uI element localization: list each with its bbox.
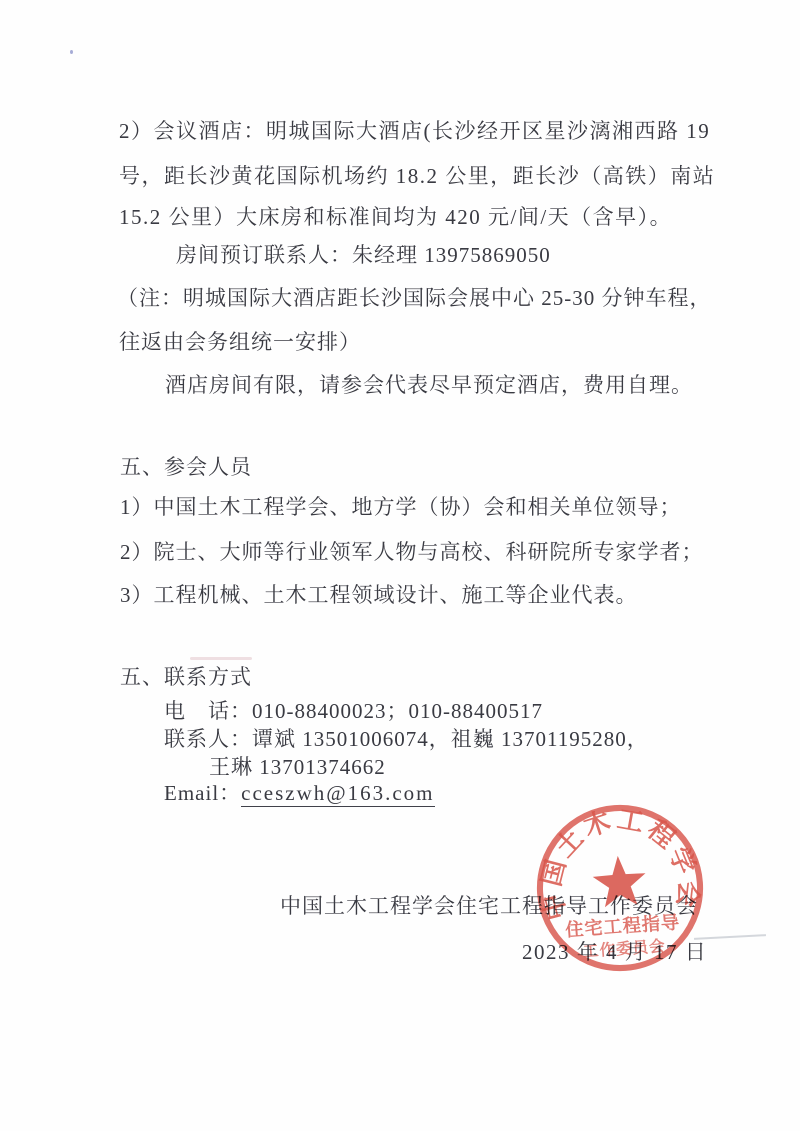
official-seal-stamp: 中国土木工程学会 住宅工程指导 工作委员会 (527, 793, 713, 983)
reminder-line: 酒店房间有限，请参会代表尽早预定酒店，费用自理。 (165, 372, 693, 398)
scan-smudge (190, 657, 252, 660)
contacts-line-1: 联系人：谭斌 13501006074，祖巍 13701195280， (164, 726, 649, 752)
contacts-line-2: 王琳 13701374662 (209, 754, 386, 780)
ink-speck (70, 50, 73, 54)
note-line-1: （注：明城国际大酒店距长沙国际会展中心 25-30 分钟车程， (117, 285, 712, 311)
email-line: Email：cceszwh@163.com (164, 780, 435, 806)
seal-inner-text-line2: 工作委员会 (582, 936, 666, 961)
scanned-document-page: 2）会议酒店：明城国际大酒店(长沙经开区星沙漓湘西路 19 号，距长沙黄花国际机… (0, 0, 800, 1131)
contact-section-heading: 五、联系方式 (120, 664, 252, 690)
email-label: Email： (164, 781, 241, 805)
booking-contact-line: 房间预订联系人：朱经理 13975869050 (176, 242, 551, 268)
seal-star-icon (591, 854, 647, 908)
phone-line: 电 话：010-88400023；010-88400517 (164, 698, 543, 724)
hotel-paragraph-line-3: 15.2 公里）大床房和标准间均为 420 元/间/天（含早）。 (119, 204, 672, 230)
note-line-2: 往返由会务组统一安排） (119, 329, 361, 355)
email-address: cceszwh@163.com (241, 781, 434, 807)
attendee-item-1: 1）中国土木工程学会、地方学（协）会和相关单位领导； (120, 494, 682, 520)
seal-inner-text-line1: 住宅工程指导 (565, 911, 681, 940)
attendees-section-heading: 五、参会人员 (120, 454, 252, 480)
attendee-item-2: 2）院士、大师等行业领军人物与高校、科研院所专家学者； (120, 539, 704, 565)
attendee-item-3: 3）工程机械、土木工程领域设计、施工等企业代表。 (120, 582, 638, 608)
hotel-paragraph-line-1: 2）会议酒店：明城国际大酒店(长沙经开区星沙漓湘西路 19 (119, 118, 710, 144)
hotel-paragraph-line-2: 号，距长沙黄花国际机场约 18.2 公里，距长沙（高铁）南站 (119, 163, 715, 189)
